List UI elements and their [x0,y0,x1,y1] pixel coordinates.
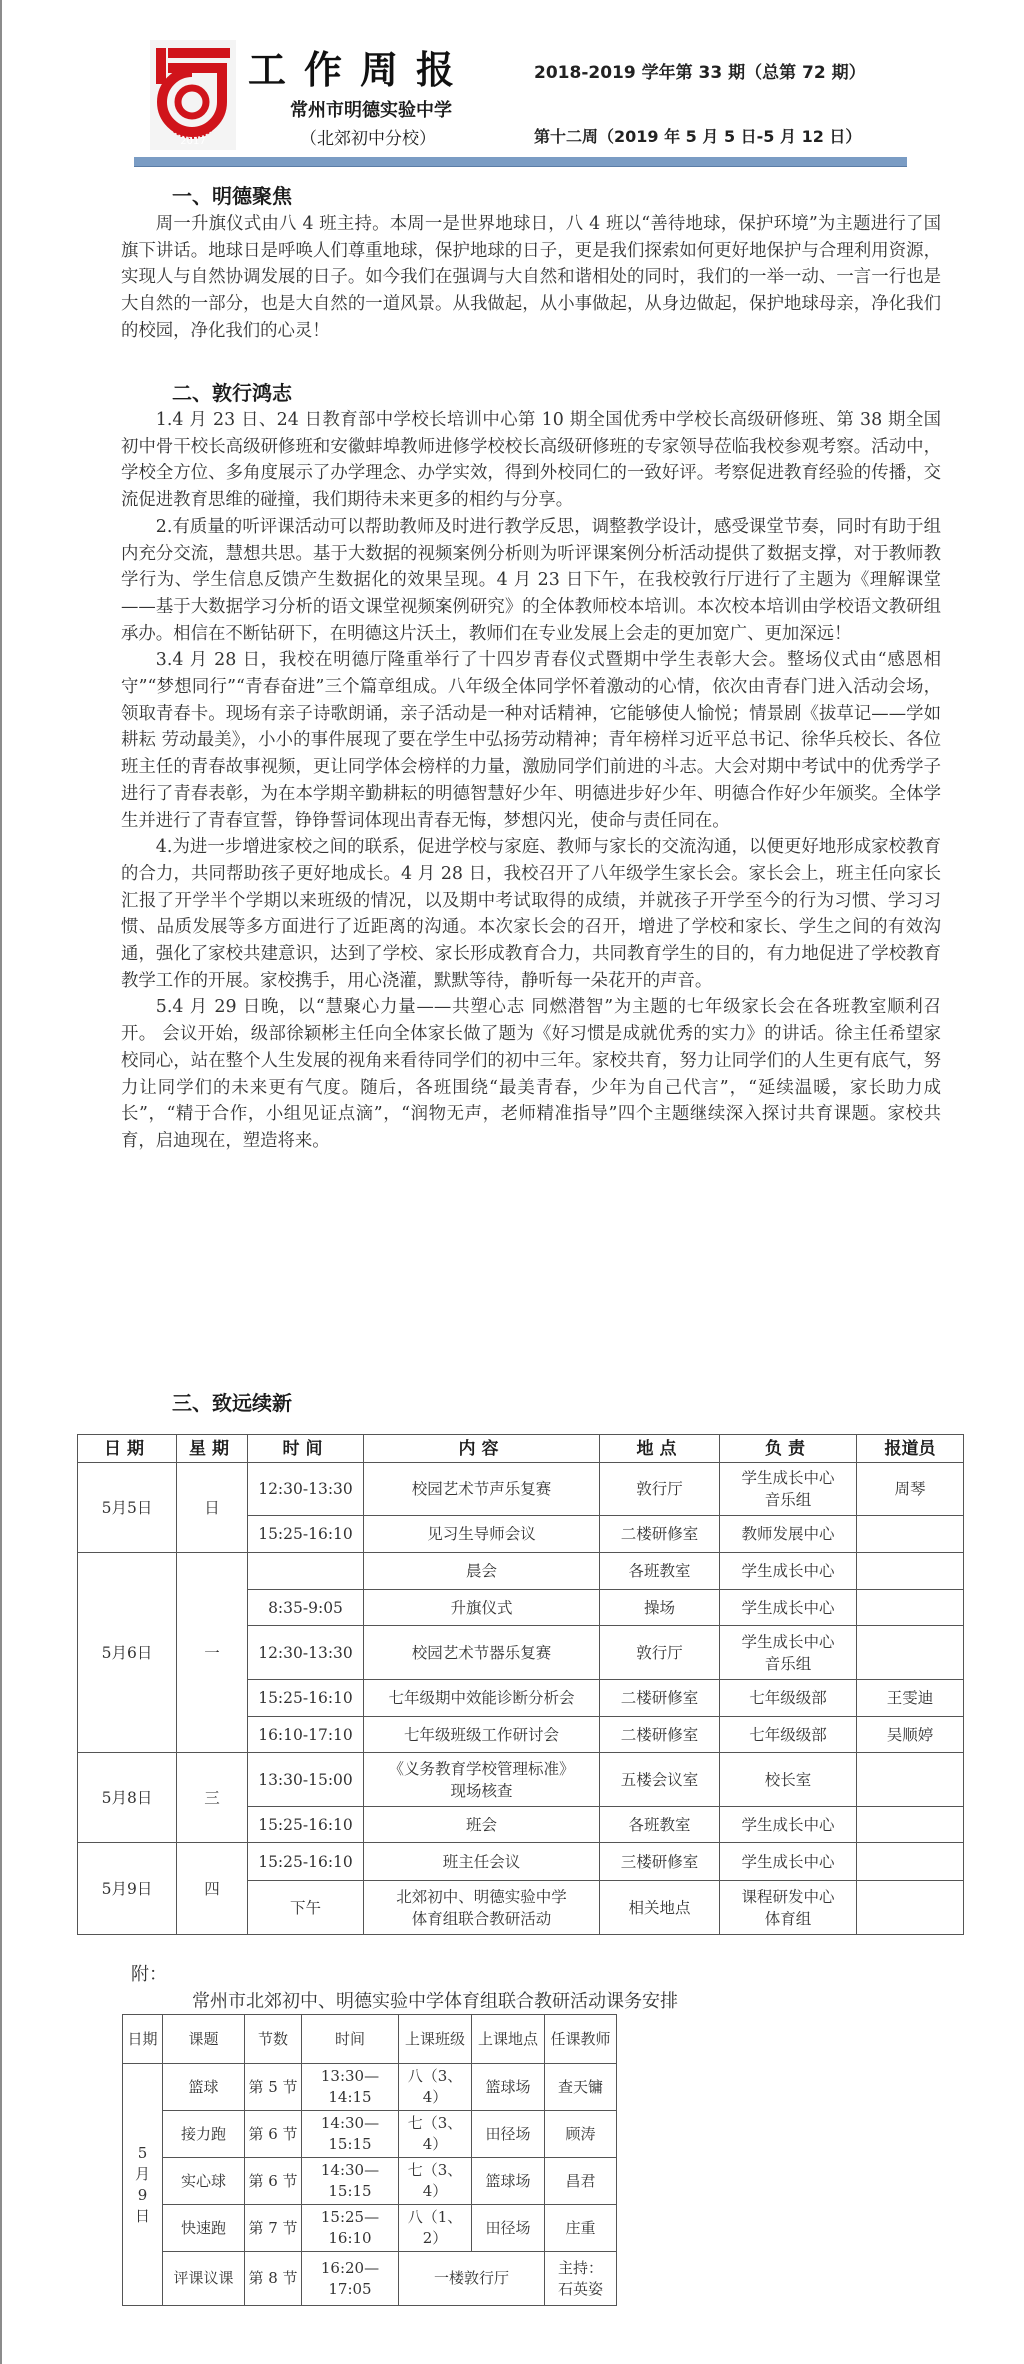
cell-owner: 七年级级部 [720,1680,857,1717]
cell-time: 15:25-16:10 [248,1807,364,1843]
cell-owner: 学生成长中心 [720,1553,857,1590]
table-row: 5月6日 一 晨会 各班教室 学生成长中心 [78,1553,964,1590]
cell-content: 晨会 [364,1553,600,1590]
cell-place: 二楼研修室 [600,1717,720,1753]
table-row: 5月9日 四 15:25-16:10 班主任会议 三楼研修室 学生成长中心 [78,1843,964,1881]
cell-class: 八（3、4） [399,2064,472,2111]
cell-period: 第 6 节 [245,2158,302,2205]
cell-date-vertical: 5 月 9 日 [123,2064,163,2306]
cell-date: 5月8日 [78,1753,177,1843]
cell-place: 相关地点 [600,1881,720,1935]
cell-time: 14:30—15:15 [302,2111,399,2158]
cell-owner: 学生成长中心 [720,1843,857,1881]
col-header-date: 日期 [123,2015,163,2064]
issue-number: 2018-2019 学年第 33 期（总第 72 期） [534,58,866,83]
header-rule [134,157,907,167]
cell-date: 5月6日 [78,1553,177,1753]
cell-content: 班会 [364,1807,600,1843]
cell-place: 敦行厅 [600,1463,720,1516]
section-heading-1: 一、明德聚焦 [172,180,292,209]
cell-reporter: 吴顺婷 [857,1717,964,1753]
week-range: 第十二周（2019 年 5 月 5 日-5 月 12 日） [534,124,861,147]
paragraph: 1.4 月 23 日、24 日教育部中学校长培训中心第 10 期全国优秀中学校长… [121,407,941,514]
col-header-period: 节数 [245,2015,302,2064]
cell-place: 二楼研修室 [600,1680,720,1717]
sports-schedule-table: 日期 课题 节数 时间 上课班级 上课地点 任课教师 5 月 9 日 篮球 第 … [122,2014,617,2306]
cell-place: 篮球场 [472,2158,545,2205]
cell-topic: 接力跑 [163,2111,245,2158]
cell-reporter: 周琴 [857,1463,964,1516]
cell-content: 升旗仪式 [364,1590,600,1626]
col-header-weekday: 星期 [177,1435,248,1463]
cell-owner: 学生成长中心 [720,1807,857,1843]
cell-class: 八（1、2） [399,2205,472,2252]
table-row: 接力跑 第 6 节 14:30—15:15 七（3、4） 田径场 顾涛 [123,2111,617,2158]
cell-owner: 课程研发中心 体育组 [720,1881,857,1935]
paragraph: 周一升旗仪式由八 4 班主持。本周一是世界地球日，八 4 班以“善待地球，保护环… [121,211,941,345]
cell-teacher: 主持： 石英姿 [545,2252,617,2306]
cell-class: 七（3、4） [399,2111,472,2158]
cell-time: 15:25-16:10 [248,1516,364,1553]
cell-teacher: 查天镛 [545,2064,617,2111]
cell-content: 班主任会议 [364,1843,600,1881]
cell-period: 第 8 节 [245,2252,302,2306]
school-name: 常州市明德实验中学 [290,96,452,122]
table-header-row: 日期 星期 时间 内容 地点 负责 报道员 [78,1435,964,1463]
cell-place: 五楼会议室 [600,1753,720,1807]
col-header-content: 内容 [364,1435,600,1463]
col-header-topic: 课题 [163,2015,245,2064]
cell-topic: 快速跑 [163,2205,245,2252]
section-heading-2: 二、敦行鸿志 [172,377,292,406]
cell-time: 14:30—15:15 [302,2158,399,2205]
host-name: 石英姿 [547,2279,614,2300]
cell-topic: 篮球 [163,2064,245,2111]
col-header-owner: 负责 [720,1435,857,1463]
col-header-place: 地点 [600,1435,720,1463]
appendix-title: 常州市北郊初中、明德实验中学体育组联合教研活动课务安排 [192,1987,678,2013]
appendix-label: 附： [131,1960,167,1986]
cell-reporter [857,1626,964,1680]
paragraph: 5.4 月 29 日晚，以“慧聚心力量——共塑心志 同燃潜智”为主题的七年级家长… [121,994,941,1154]
col-header-reporter: 报道员 [857,1435,964,1463]
cell-topic: 评课议课 [163,2252,245,2306]
cell-reporter [857,1881,964,1935]
report-title: 工作周报 [248,48,472,92]
cell-time [248,1553,364,1590]
table-header-row: 日期 课题 节数 时间 上课班级 上课地点 任课教师 [123,2015,617,2064]
cell-teacher: 昌君 [545,2158,617,2205]
cell-content: 见习生导师会议 [364,1516,600,1553]
host-label: 主持： [547,2258,614,2279]
section-1-body: 周一升旗仪式由八 4 班主持。本周一是世界地球日，八 4 班以“善待地球，保护环… [121,211,941,345]
cell-time: 16:10-17:10 [248,1717,364,1753]
cell-owner: 教师发展中心 [720,1516,857,1553]
branch-name: （北郊初中分校） [300,124,436,149]
cell-time: 16:20—17:05 [302,2252,399,2306]
cell-time: 12:30-13:30 [248,1463,364,1516]
paragraph: 2.有质量的听评课活动可以帮助教师及时进行教学反思，调整教学设计，感受课堂节奏，… [121,514,941,648]
cell-place: 田径场 [472,2111,545,2158]
date-char: 5 [125,2143,160,2164]
section-heading-3: 三、致远续新 [172,1387,292,1416]
cell-content: 校园艺术节声乐复赛 [364,1463,600,1516]
paragraph: 3.4 月 28 日，我校在明德厅隆重举行了十四岁青春仪式暨期中学生表彰大会。整… [121,647,941,834]
cell-owner: 七年级级部 [720,1717,857,1753]
cell-owner: 学生成长中心 音乐组 [720,1463,857,1516]
table-row: 5 月 9 日 篮球 第 5 节 13:30—14:15 八（3、4） 篮球场 … [123,2064,617,2111]
cell-content: 《义务教育学校管理标准》 现场核查 [364,1753,600,1807]
schedule-table: 日期 星期 时间 内容 地点 负责 报道员 5月5日 日 12:30-13:30… [77,1434,964,1935]
cell-content: 七年级班级工作研讨会 [364,1717,600,1753]
cell-reporter [857,1843,964,1881]
cell-time: 13:30—14:15 [302,2064,399,2111]
page-edge [0,0,2,2364]
col-header-time: 时间 [248,1435,364,1463]
table-row: 5月8日 三 13:30-15:00 《义务教育学校管理标准》 现场核查 五楼会… [78,1753,964,1807]
date-char: 9 [125,2185,160,2206]
cell-place: 各班教室 [600,1807,720,1843]
cell-topic: 实心球 [163,2158,245,2205]
cell-place: 操场 [600,1590,720,1626]
cell-weekday: 四 [177,1843,248,1935]
school-logo: 2017 [150,40,236,150]
cell-time: 8:35-9:05 [248,1590,364,1626]
table-row: 快速跑 第 7 节 15:25—16:10 八（1、2） 田径场 庄重 [123,2205,617,2252]
col-header-class: 上课班级 [399,2015,472,2064]
col-header-date: 日期 [78,1435,177,1463]
cell-time: 15:25-16:10 [248,1843,364,1881]
cell-place: 二楼研修室 [600,1516,720,1553]
cell-owner: 学生成长中心 [720,1590,857,1626]
cell-period: 第 7 节 [245,2205,302,2252]
cell-teacher: 庄重 [545,2205,617,2252]
cell-period: 第 5 节 [245,2064,302,2111]
cell-place: 各班教室 [600,1553,720,1590]
section-2-body: 1.4 月 23 日、24 日教育部中学校长培训中心第 10 期全国优秀中学校长… [121,407,941,1155]
cell-place: 敦行厅 [600,1626,720,1680]
cell-reporter [857,1516,964,1553]
cell-content: 七年级期中效能诊断分析会 [364,1680,600,1717]
col-header-time: 时间 [302,2015,399,2064]
table-row: 5月5日 日 12:30-13:30 校园艺术节声乐复赛 敦行厅 学生成长中心 … [78,1463,964,1516]
cell-reporter: 王雯迪 [857,1680,964,1717]
cell-reporter [857,1553,964,1590]
table-row: 实心球 第 6 节 14:30—15:15 七（3、4） 篮球场 昌君 [123,2158,617,2205]
cell-reporter [857,1753,964,1807]
cell-content: 校园艺术节器乐复赛 [364,1626,600,1680]
table-row: 评课议课 第 8 节 16:20—17:05 一楼敦行厅 主持： 石英姿 [123,2252,617,2306]
svg-text:2017: 2017 [180,136,205,147]
col-header-teacher: 任课教师 [545,2015,617,2064]
cell-class: 七（3、4） [399,2158,472,2205]
cell-weekday: 一 [177,1553,248,1753]
cell-time: 12:30-13:30 [248,1626,364,1680]
date-char: 日 [125,2206,160,2227]
cell-weekday: 日 [177,1463,248,1553]
cell-place: 三楼研修室 [600,1843,720,1881]
cell-date: 5月5日 [78,1463,177,1553]
col-header-place: 上课地点 [472,2015,545,2064]
cell-period: 第 6 节 [245,2111,302,2158]
cell-time: 15:25-16:10 [248,1680,364,1717]
cell-place: 篮球场 [472,2064,545,2111]
cell-place: 田径场 [472,2205,545,2252]
cell-content: 北郊初中、明德实验中学 体育组联合教研活动 [364,1881,600,1935]
cell-weekday: 三 [177,1753,248,1843]
cell-teacher: 顾涛 [545,2111,617,2158]
cell-time: 13:30-15:00 [248,1753,364,1807]
cell-reporter [857,1807,964,1843]
cell-owner: 校长室 [720,1753,857,1807]
cell-owner: 学生成长中心 音乐组 [720,1626,857,1680]
cell-time: 15:25—16:10 [302,2205,399,2252]
cell-class-place: 一楼敦行厅 [399,2252,545,2306]
paragraph: 4.为进一步增进家校之间的联系，促进学校与家庭、教师与家长的交流沟通，以便更好地… [121,834,941,994]
cell-reporter [857,1590,964,1626]
date-char: 月 [125,2164,160,2185]
cell-time: 下午 [248,1881,364,1935]
cell-date: 5月9日 [78,1843,177,1935]
